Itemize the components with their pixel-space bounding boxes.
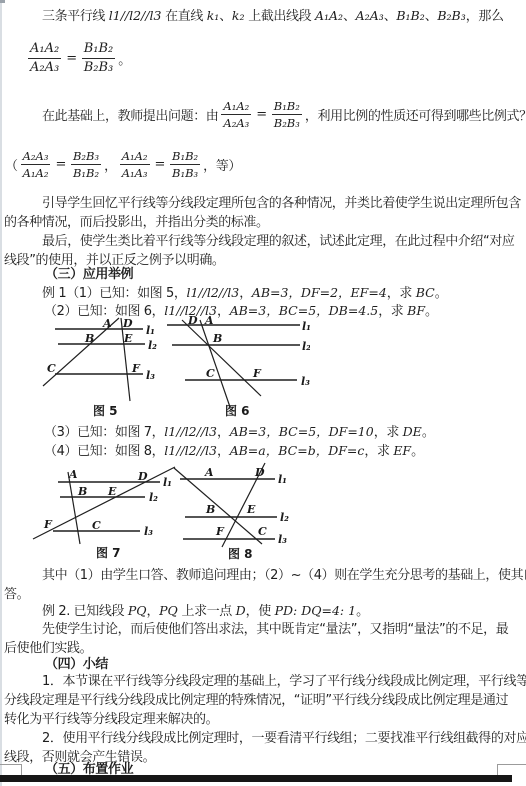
point-label-E: E: [123, 332, 133, 345]
line-label-l1: l₁: [302, 320, 310, 333]
margin-crop-mark-left-v: [21, 764, 22, 775]
math-run: k₁: [207, 8, 220, 23]
margin-crop-mark-left-h: [0, 764, 22, 765]
math-run: AB=3，BC=5，DF=10: [230, 424, 374, 439]
answer-note-line-1: 其中（1）由学生口答、教师追问理由；（2）~（4）则在学生充分思考的基础上，使其…: [42, 567, 526, 584]
math-run: BF: [407, 303, 425, 318]
fraction: B₂B₃ B₁B₂: [71, 149, 101, 180]
text-run: （4）已知：如图 8，: [44, 444, 164, 459]
text-run: 。: [425, 304, 438, 319]
fraction: A₁A₂ A₁A₃: [120, 149, 150, 180]
point-label-A: A: [204, 466, 214, 479]
text-run: 。: [411, 444, 424, 459]
figure-8-caption: 图 8: [228, 547, 253, 560]
point-label-D: D: [122, 317, 133, 330]
point-label-D: D: [187, 316, 198, 327]
figure-5: l₁ l₂ l₃ A D B E C F 图 5: [33, 316, 173, 421]
math-run: k₂: [232, 8, 245, 23]
figure-6-caption: 图 6: [225, 404, 250, 418]
text-run: 、: [343, 9, 356, 24]
text-run: 上截出线段: [245, 9, 315, 24]
text-run: 例 2. 已知线段: [42, 604, 128, 619]
example-2: 例 2. 已知线段 PQ，PQ 上求一点 D，使 PD: DQ=4: 1。: [42, 602, 369, 620]
alternative-proportions: （ A₂A₃ A₁A₂ = B₂B₃ B₁B₂ ， A₁A₂ A₁A₃ = B₁…: [5, 144, 241, 184]
point-label-B: B: [77, 485, 87, 498]
math-run: l1//l2//l3: [164, 443, 217, 458]
math-run: l1//l2//l3: [186, 285, 239, 300]
math-run: EF: [393, 443, 411, 458]
point-label-C: C: [258, 525, 267, 538]
line-label-l3: l₃: [278, 533, 287, 546]
text-run: 。: [356, 604, 369, 619]
finally-line-1: 最后，使学生类比着平行线等分线段定理的叙述，试述此定理，在此过程中介绍“对应: [42, 233, 515, 250]
point-label-F: F: [131, 362, 141, 375]
line-label-l2: l₂: [149, 491, 158, 504]
heading-summary: （四）小结: [45, 656, 108, 673]
fraction: A₁A₂ A₂A₃: [221, 99, 251, 130]
math-run: BC: [416, 285, 435, 300]
line-label-l2: l₂: [302, 340, 310, 353]
text-run: ，使: [246, 604, 275, 619]
text-run: 、: [425, 9, 438, 24]
summary-2-line-1: 2．使用平行线分线段成比例定理时，一要看清平行线组；二要找准平行线组截得的对应: [42, 730, 526, 747]
margin-crop-mark-right-v: [497, 764, 498, 775]
line-label-l1: l₁: [278, 473, 287, 486]
question-pre: 在此基础上，教师提出问题：由: [42, 105, 218, 124]
line-label-l3: l₃: [301, 375, 310, 388]
math-run: B₁B₂: [396, 8, 424, 23]
window-edge-strip: [0, 0, 2, 786]
practice-line-1: 先使学生讨论，而后使他们答出求法，其中既肯定“量法”，又指明“量法”的不足，最: [42, 621, 508, 638]
math-run: AB=3，DF=2，EF=4: [252, 285, 387, 300]
fraction-left: A₁A₂ A₂A₃: [28, 41, 61, 76]
line-label-l2: l₂: [148, 339, 157, 352]
point-label-C: C: [206, 367, 215, 380]
summary-1-line-1: 1．本节课在平行线等分线段定理的基础上，学习了平行线分线段成比例定理，平行线等: [42, 673, 526, 690]
document-page: 三条平行线 l1//l2//l3 在直线 k₁、k₂ 上截出线段 A₁A₂、A₂…: [0, 0, 526, 786]
guide-line-2: 的各种情况，而后投影出，并指出分类的标准。: [4, 214, 269, 231]
text-run: 、: [219, 9, 232, 24]
example-1-3: （3）已知：如图 7，l1//l2//l3，AB=3，BC=5，DF=10，求 …: [44, 423, 434, 441]
summary-1-line-2: 分线段定理是平行线分线段成比例定理的特殊情况，“证明”平行线分线段成比例定理是通…: [4, 692, 508, 709]
close-paren: ，等）: [203, 155, 241, 174]
text-run: ，求: [364, 444, 393, 459]
equals-sign: =: [55, 157, 66, 172]
point-label-F: F: [252, 367, 262, 380]
text-run: 例 1（1）已知：如图 5，: [42, 286, 186, 301]
text-run: 。: [435, 286, 448, 301]
point-label-A: A: [204, 316, 214, 327]
math-run: PD: DQ=4: 1: [275, 603, 356, 618]
math-run: l1//l2//l3: [109, 8, 162, 23]
question-post: ，利用比例的性质还可得到哪些比例式？: [305, 105, 526, 124]
fraction: A₂A₃ A₁A₂: [21, 149, 51, 180]
point-label-B: B: [84, 332, 94, 345]
math-run: DE: [403, 424, 422, 439]
teacher-question: 在此基础上，教师提出问题：由 A₁A₂ A₂A₃ = B₁B₂ B₂B₃ ，利用…: [42, 94, 526, 134]
math-run: A₂A₃: [356, 8, 384, 23]
text-run: 上求一点: [178, 604, 236, 619]
point-label-A: A: [68, 468, 78, 481]
math-run: B₂B₃: [437, 8, 465, 23]
point-label-D: D: [137, 470, 148, 483]
fraction-right: B₁B₂ B₂B₃: [82, 41, 116, 76]
margin-crop-mark-right-h: [497, 764, 526, 765]
text-run: ，求: [374, 425, 403, 440]
text-run: 三条平行线: [42, 9, 109, 24]
comma: ，: [104, 155, 117, 174]
line-label-l2: l₂: [280, 511, 289, 524]
math-run: PQ: [159, 603, 178, 618]
text-run: ，: [146, 604, 159, 619]
equals-sign: =: [155, 157, 166, 172]
figure-5-caption: 图 5: [93, 404, 118, 418]
text-run: ，: [217, 444, 230, 459]
corner-fragment: [0, 0, 5, 3]
point-label-F: F: [43, 518, 53, 531]
line-label-l3: l₃: [146, 369, 155, 382]
math-run: A₁A₂: [315, 8, 343, 23]
text-run: （3）已知：如图 7，: [44, 425, 164, 440]
point-label-B: B: [212, 332, 222, 345]
heading-application: （三）应用举例: [45, 266, 133, 283]
figure-6: l₁ l₂ l₃ D A B C F 图 6: [165, 316, 310, 421]
text-run: ，求: [387, 286, 416, 301]
text-run: ，: [217, 425, 230, 440]
math-run: D: [236, 603, 246, 618]
summary-1-line-3: 转化为平行线等分线段定理来解决的。: [4, 711, 218, 728]
display-equation: A₁A₂ A₂A₃ = B₁B₂ B₂B₃ 。: [25, 39, 131, 77]
line-label-l3: l₃: [144, 525, 153, 538]
point-label-F: F: [215, 525, 225, 538]
math-run: AB=a，BC=b，DF=c: [230, 443, 365, 458]
text-run: ，: [239, 286, 252, 301]
example-1-4: （4）已知：如图 8，l1//l2//l3，AB=a，BC=b，DF=c，求 E…: [44, 442, 424, 460]
fraction: B₁B₂ B₁B₃: [170, 149, 200, 180]
point-label-D: D: [254, 466, 265, 479]
line-label-l1: l₁: [146, 324, 155, 337]
math-run: PQ: [128, 603, 147, 618]
math-run: l1//l2//l3: [164, 424, 217, 439]
page-bottom-bar: [0, 775, 512, 782]
text-run: 、: [384, 9, 397, 24]
figure-8: l₁ l₂ l₃ A D B E F C 图 8: [168, 460, 318, 560]
text-run: ，求: [378, 304, 407, 319]
point-label-A: A: [102, 317, 112, 330]
text-run: 。: [422, 425, 435, 440]
fraction: B₁B₂ B₂B₃: [272, 99, 302, 130]
point-label-C: C: [47, 362, 56, 375]
point-label-E: E: [246, 503, 256, 516]
figure-7: l₁ l₂ l₃ A D B E F C 图 7: [30, 460, 180, 560]
guide-line-1: 引导学生回忆平行线等分线段定理所包含的各种情况，并类比着使学生说出定理所包含: [42, 195, 521, 212]
open-paren: （: [5, 155, 18, 174]
point-label-C: C: [92, 519, 101, 532]
text-run: ，那么: [466, 9, 504, 24]
text-run: 在直线: [161, 9, 206, 24]
example-1-1: 例 1（1）已知：如图 5，l1//l2//l3，AB=3，DF=2，EF=4，…: [42, 284, 447, 302]
figure-7-caption: 图 7: [96, 546, 121, 560]
equals-sign: =: [256, 107, 267, 122]
point-label-B: B: [205, 503, 215, 516]
practice-line-2: 后使他们实践。: [4, 640, 92, 657]
point-label-E: E: [107, 485, 117, 498]
period: 。: [118, 49, 131, 68]
answer-note-line-2: 答。: [4, 586, 29, 603]
intro-line: 三条平行线 l1//l2//l3 在直线 k₁、k₂ 上截出线段 A₁A₂、A₂…: [42, 7, 504, 25]
equals-sign: =: [66, 51, 77, 66]
